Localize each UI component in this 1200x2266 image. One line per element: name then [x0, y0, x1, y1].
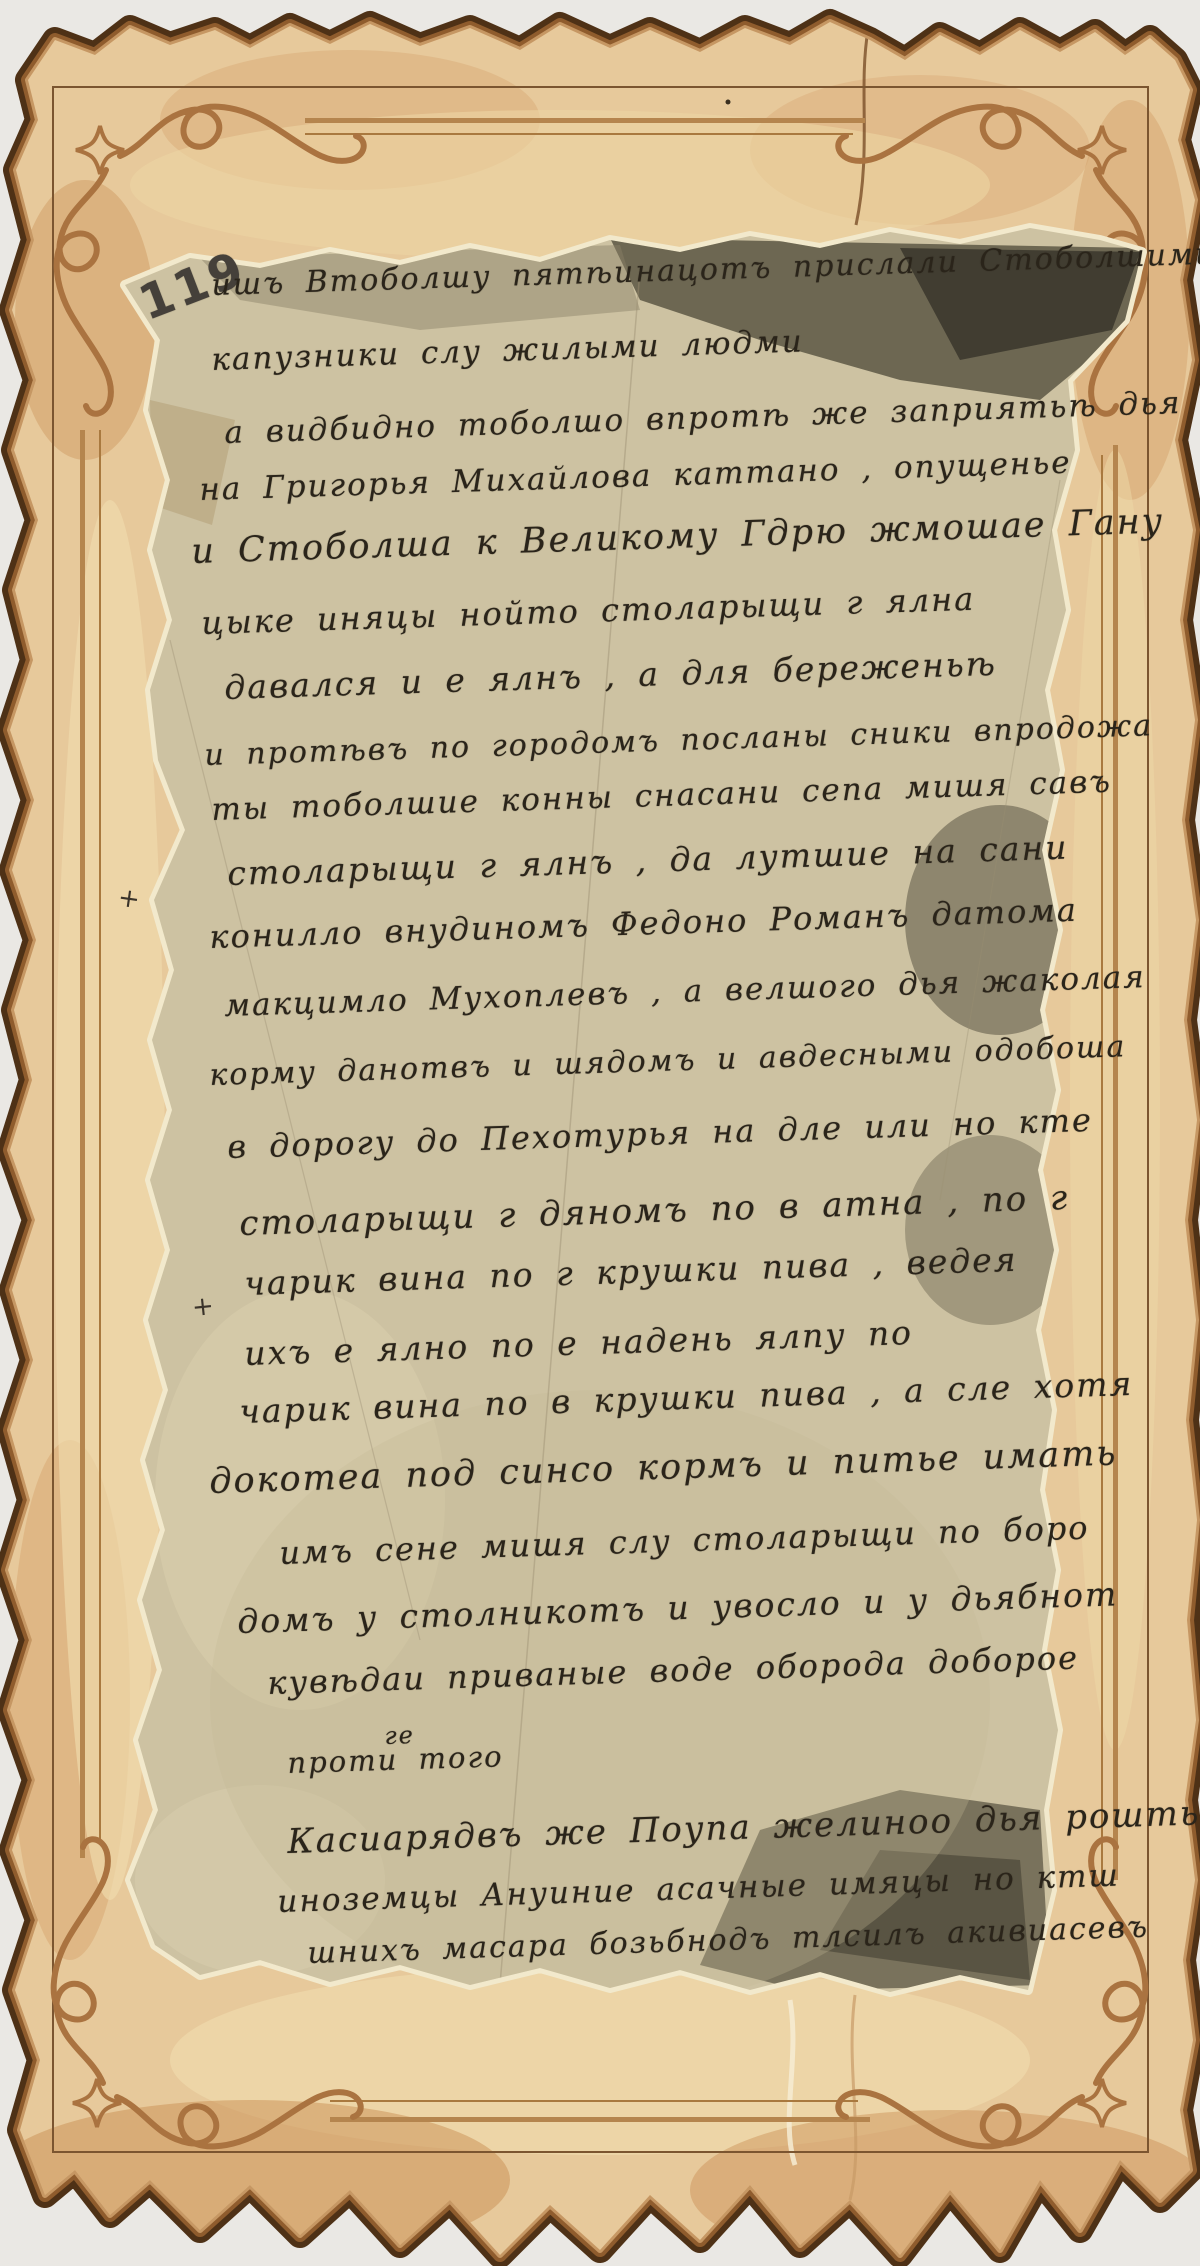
parchment-artwork [0, 0, 1200, 2266]
frame-rule-left-thin [99, 430, 101, 1845]
frame-rule-right-thin [1101, 455, 1103, 1880]
frame-rule-bottom-thin [330, 2100, 858, 2102]
frame-rule-top-thin [305, 133, 853, 135]
manuscript-page: 119 + + ишъ Втоболшу пятѣинацотъ прислал… [0, 0, 1200, 2266]
frame-rule-left-thick [80, 430, 85, 1858]
frame-rule-top-thick [305, 118, 865, 123]
frame-rule-bottom-thick [330, 2117, 870, 2122]
frame-rule-right-thick [1113, 445, 1118, 1880]
